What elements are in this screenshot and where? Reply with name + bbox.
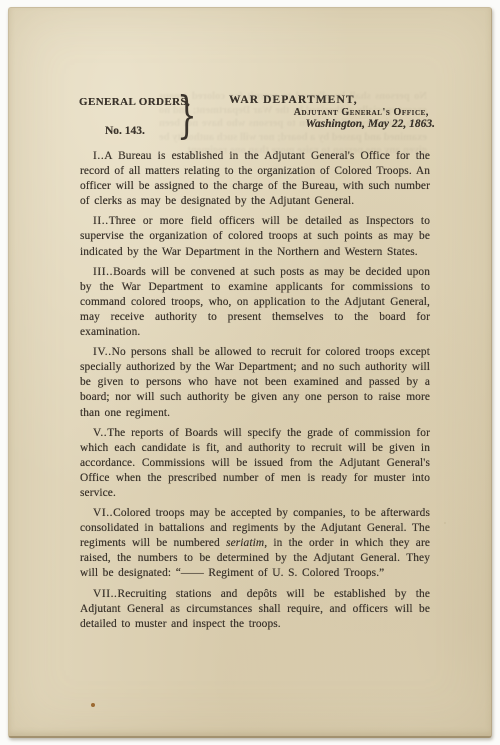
order-paragraph-4: IV..No persons shall be allowed to recru… [80,345,430,420]
paragraph-numeral: III.. [93,266,113,278]
order-paragraph-2: II..Three or more field officers will be… [80,214,430,259]
adjutant-generals-office-line: Adjutant General's Office, [221,107,435,118]
paragraph-text: Three or more field officers will be det… [80,215,430,257]
header-right-block: WAR DEPARTMENT, Adjutant General's Offic… [221,94,435,130]
order-paragraph-1: I..A Bureau is established in the Adjuta… [80,149,430,209]
general-orders-title: GENERAL ORDERS, [79,96,190,108]
scan-stage: No persons shall be allowed to recruit f… [0,0,500,745]
paragraph-numeral: IV.. [93,346,112,358]
paragraph-numeral: II.. [93,215,109,227]
document-page: No persons shall be allowed to recruit f… [8,7,492,738]
paragraph-text: Recruiting stations and depôts will be e… [80,588,430,630]
paragraph-text: Boards will be convened at such posts as… [80,266,430,338]
order-paragraph-6: VI..Colored troops may be accepted by co… [80,506,430,581]
order-paragraph-3: III..Boards will be convened at such pos… [80,265,430,340]
order-body: I..A Bureau is established in the Adjuta… [80,149,430,637]
paragraph-text: No persons shall be allowed to recruit f… [80,346,430,418]
paragraph-numeral: I.. [93,150,104,162]
war-department-line: WAR DEPARTMENT, [221,94,435,106]
order-number: No. 143. [105,125,145,137]
paragraph-numeral: VII.. [93,588,118,600]
dateline: Washington, May 22, 1863. [221,118,435,130]
order-paragraph-7: VII..Recruiting stations and depôts will… [80,587,430,632]
foxing-spot [91,703,95,707]
paragraph-numeral: VI.. [93,507,113,519]
order-paragraph-5: V..The reports of Boards will specify th… [80,426,430,501]
paragraph-numeral: V.. [93,427,107,439]
paragraph-italic-word: seriatim [226,537,264,549]
paragraph-text: The reports of Boards will specify the g… [80,427,430,499]
header-brace: } [177,86,197,144]
paragraph-text: A Bureau is established in the Adjutant … [80,150,430,207]
